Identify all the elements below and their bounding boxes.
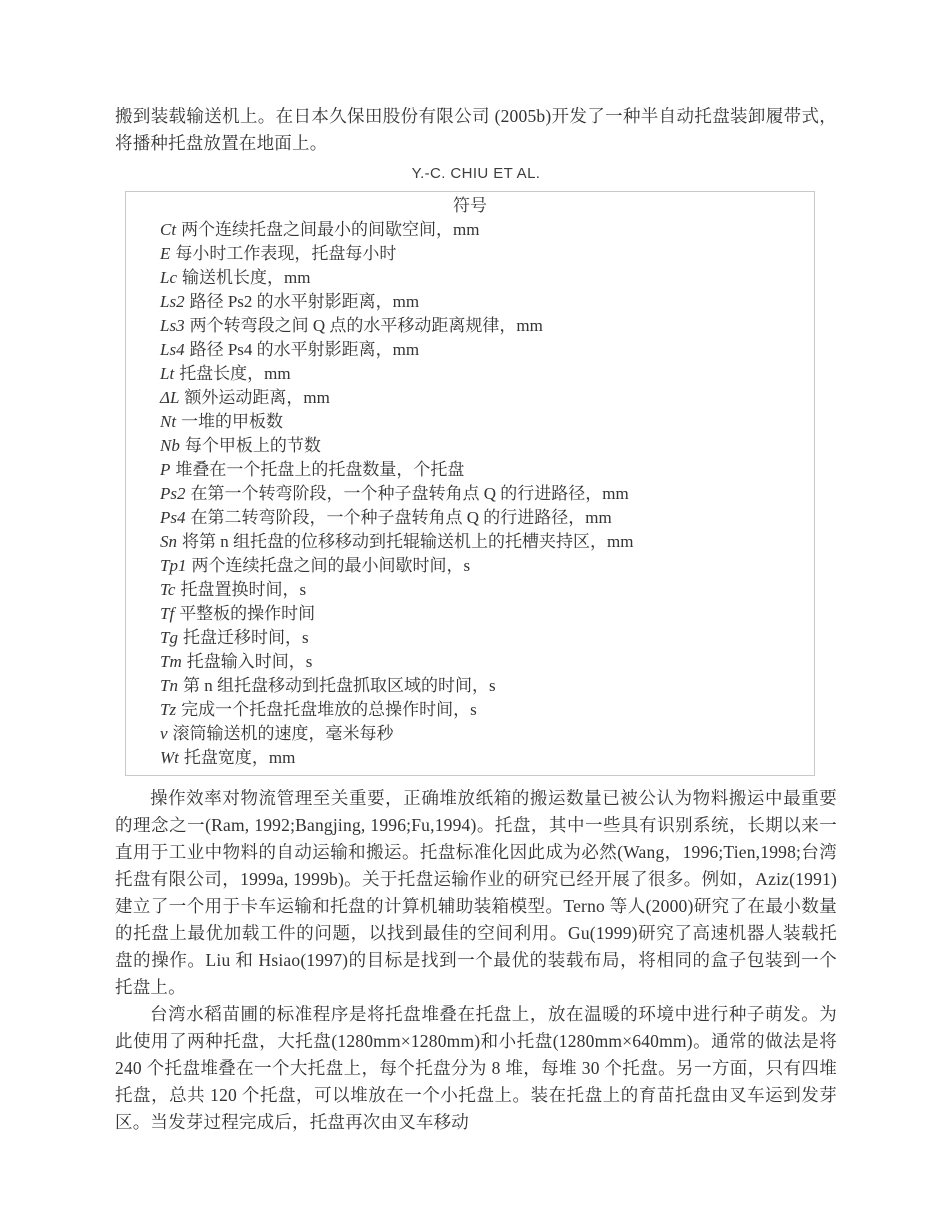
symbol-term: Tf: [160, 604, 174, 623]
symbol-description: 输送机长度，mm: [182, 268, 310, 287]
symbol-term: Tz: [160, 700, 176, 719]
symbol-term: E: [160, 244, 170, 263]
symbol-term: Lc: [160, 268, 177, 287]
symbol-entry: Nt一堆的甲板数: [134, 410, 806, 434]
symbols-box: 符号 Ct两个连续托盘之间最小的间歇空间，mm E每小时工作表现，托盘每小时 L…: [125, 191, 815, 776]
symbol-term: P: [160, 460, 170, 479]
symbol-description: 托盘宽度，mm: [184, 748, 295, 767]
symbols-box-title: 符号: [134, 194, 806, 218]
symbol-description: 托盘输入时间，s: [187, 652, 313, 671]
symbol-entry: Tg托盘迁移时间，s: [134, 626, 806, 650]
symbol-entry: Lt托盘长度，mm: [134, 362, 806, 386]
body-paragraph: 台湾水稻苗圃的标准程序是将托盘堆叠在托盘上，放在温暖的环境中进行种子萌发。为此使…: [115, 1001, 837, 1136]
symbol-description: 在第一个转弯阶段，一个种子盘转角点 Q 的行进路径，mm: [191, 484, 629, 503]
symbols-list: Ct两个连续托盘之间最小的间歇空间，mm E每小时工作表现，托盘每小时 Lc输送…: [134, 218, 806, 770]
symbol-entry: Wt托盘宽度，mm: [134, 746, 806, 770]
symbol-term: Nb: [160, 436, 180, 455]
symbol-entry: Ct两个连续托盘之间最小的间歇空间，mm: [134, 218, 806, 242]
symbol-entry: Tz完成一个托盘托盘堆放的总操作时间，s: [134, 698, 806, 722]
symbol-description: 额外运动距离，mm: [184, 388, 329, 407]
symbol-term: Tp1: [160, 556, 186, 575]
symbol-entry: P堆叠在一个托盘上的托盘数量，个托盘: [134, 458, 806, 482]
symbol-term: Wt: [160, 748, 179, 767]
symbol-description: 第 n 组托盘移动到托盘抓取区域的时间，s: [183, 676, 496, 695]
symbol-description: 路径 Ps4 的水平射影距离，mm: [190, 340, 420, 359]
symbol-description: 路径 Ps2 的水平射影距离，mm: [190, 292, 420, 311]
symbol-entry: Lc输送机长度，mm: [134, 266, 806, 290]
symbol-description: 完成一个托盘托盘堆放的总操作时间，s: [181, 700, 477, 719]
symbol-entry: Sn将第 n 组托盘的位移移动到托辊输送机上的托槽夹持区，mm: [134, 530, 806, 554]
symbol-term: Ps2: [160, 484, 186, 503]
symbol-description: 托盘长度，mm: [179, 364, 290, 383]
symbol-description: 在第二转弯阶段，一个种子盘转角点 Q 的行进路径，mm: [191, 508, 612, 527]
symbol-entry: Ps4在第二转弯阶段，一个种子盘转角点 Q 的行进路径，mm: [134, 506, 806, 530]
symbol-term: Ct: [160, 220, 176, 239]
symbol-term: ΔL: [160, 388, 179, 407]
symbol-entry: ΔL额外运动距离，mm: [134, 386, 806, 410]
symbol-term: v: [160, 724, 168, 743]
symbol-entry: Tm托盘输入时间，s: [134, 650, 806, 674]
symbol-term: Tg: [160, 628, 178, 647]
symbol-description: 滚筒输送机的速度，毫米每秒: [173, 724, 394, 743]
document-page: 搬到装载输送机上。在日本久保田股份有限公司 (2005b)开发了一种半自动托盘装…: [0, 0, 952, 1232]
symbol-entry: v滚筒输送机的速度，毫米每秒: [134, 722, 806, 746]
body-paragraphs: 操作效率对物流管理至关重要，正确堆放纸箱的搬运数量已被公认为物料搬运中最重要的理…: [115, 785, 837, 1136]
symbol-term: Tc: [160, 580, 175, 599]
body-paragraph: 操作效率对物流管理至关重要，正确堆放纸箱的搬运数量已被公认为物料搬运中最重要的理…: [115, 785, 837, 1001]
symbol-description: 两个连续托盘之间的最小间歇时间，s: [191, 556, 470, 575]
symbol-description: 两个连续托盘之间最小的间歇空间，mm: [181, 220, 479, 239]
symbol-description: 平整板的操作时间: [179, 604, 315, 623]
symbol-entry: Tf平整板的操作时间: [134, 602, 806, 626]
symbol-term: Sn: [160, 532, 177, 551]
symbol-description: 两个转弯段之间 Q 点的水平移动距离规律，mm: [190, 316, 543, 335]
symbol-entry: Tp1两个连续托盘之间的最小间歇时间，s: [134, 554, 806, 578]
paragraph-intro: 搬到装载输送机上。在日本久保田股份有限公司 (2005b)开发了一种半自动托盘装…: [115, 103, 837, 157]
symbol-entry: Tc托盘置换时间，s: [134, 578, 806, 602]
symbol-term: Ls2: [160, 292, 185, 311]
symbol-description: 一堆的甲板数: [181, 412, 283, 431]
page-content: 搬到装载输送机上。在日本久保田股份有限公司 (2005b)开发了一种半自动托盘装…: [115, 103, 837, 1136]
symbol-term: Ls3: [160, 316, 185, 335]
symbol-entry: E每小时工作表现，托盘每小时: [134, 242, 806, 266]
symbol-description: 每小时工作表现，托盘每小时: [175, 244, 396, 263]
symbol-description: 每个甲板上的节数: [185, 436, 321, 455]
symbol-description: 托盘迁移时间，s: [183, 628, 309, 647]
symbol-entry: Tn第 n 组托盘移动到托盘抓取区域的时间，s: [134, 674, 806, 698]
symbol-term: Ls4: [160, 340, 185, 359]
symbol-term: Nt: [160, 412, 176, 431]
symbol-entry: Nb每个甲板上的节数: [134, 434, 806, 458]
symbol-entry: Ps2在第一个转弯阶段，一个种子盘转角点 Q 的行进路径，mm: [134, 482, 806, 506]
symbol-term: Ps4: [160, 508, 186, 527]
symbol-description: 托盘置换时间，s: [180, 580, 306, 599]
symbol-entry: Ls4路径 Ps4 的水平射影距离，mm: [134, 338, 806, 362]
symbol-entry: Ls3两个转弯段之间 Q 点的水平移动距离规律，mm: [134, 314, 806, 338]
symbol-term: Tm: [160, 652, 182, 671]
symbol-description: 将第 n 组托盘的位移移动到托辊输送机上的托槽夹持区，mm: [182, 532, 633, 551]
symbol-term: Tn: [160, 676, 178, 695]
symbol-entry: Ls2路径 Ps2 的水平射影距离，mm: [134, 290, 806, 314]
running-head: Y.-C. CHIU ET AL.: [115, 164, 837, 184]
symbol-term: Lt: [160, 364, 174, 383]
symbol-description: 堆叠在一个托盘上的托盘数量，个托盘: [175, 460, 464, 479]
